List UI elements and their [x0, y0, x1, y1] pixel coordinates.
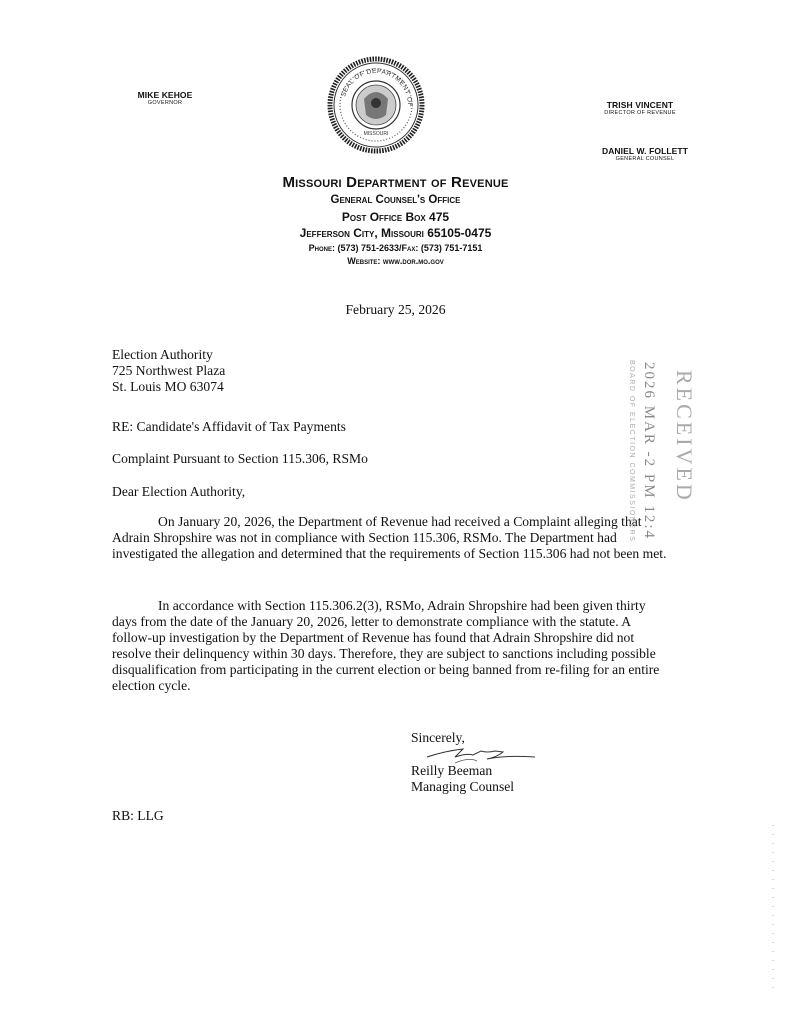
recipient-line-1: Election Authority	[112, 347, 225, 363]
recipient-line-2: 725 Northwest Plaza	[112, 363, 225, 379]
counsel-name: DANIEL W. FOLLETT	[590, 146, 700, 156]
paragraph-1: On January 20, 2026, the Department of R…	[112, 514, 672, 562]
received-stamp: RECEIVED 2026 MAR -2 PM 12:4 BOARD OF EL…	[585, 360, 715, 510]
recipient-address: Election Authority 725 Northwest Plaza S…	[112, 347, 225, 395]
organization-name: Missouri Department of Revenue	[0, 174, 791, 191]
counsel-title: GENERAL COUNSEL	[590, 156, 700, 162]
typist-initials: RB: LLG	[112, 808, 164, 824]
stamp-received-label: RECEIVED	[671, 370, 697, 503]
paragraph-2: In accordance with Section 115.306.2(3),…	[112, 598, 672, 694]
governor-title: GOVERNOR	[120, 100, 210, 106]
signature-icon	[425, 743, 565, 765]
signer-block: Reilly Beeman Managing Counsel	[411, 763, 514, 795]
state-seal-icon: SEAL OF DEPARTMENT OF REVENUE MISSOURI	[326, 55, 426, 155]
stamp-datetime: 2026 MAR -2 PM 12:4	[640, 362, 657, 540]
signer-title: Managing Counsel	[411, 779, 514, 795]
re-line: RE: Candidate's Affidavit of Tax Payment…	[112, 419, 346, 435]
governor-block: MIKE KEHOE GOVERNOR	[120, 90, 210, 106]
office-name: General Counsel's Office	[0, 194, 791, 206]
recipient-line-3: St. Louis MO 63074	[112, 379, 225, 395]
svg-text:MISSOURI: MISSOURI	[364, 131, 389, 137]
signer-name: Reilly Beeman	[411, 763, 514, 779]
stamp-office: BOARD OF ELECTION COMMISSIONERS	[628, 360, 635, 542]
scan-artifact	[772, 825, 774, 995]
letter-date: February 25, 2026	[0, 302, 791, 318]
address-line-2: Jefferson City, Missouri 65105-0475	[0, 226, 791, 240]
director-name: TRISH VINCENT	[585, 100, 695, 110]
salutation: Dear Election Authority,	[112, 484, 245, 500]
website-line: Website: www.dor.mo.gov	[0, 256, 791, 266]
director-block: TRISH VINCENT DIRECTOR OF REVENUE	[585, 100, 695, 116]
governor-name: MIKE KEHOE	[120, 90, 210, 100]
contact-line: Phone: (573) 751-2633/Fax: (573) 751-715…	[0, 243, 791, 253]
subject-line: Complaint Pursuant to Section 115.306, R…	[112, 451, 368, 467]
address-line-1: Post Office Box 475	[0, 210, 791, 224]
counsel-block: DANIEL W. FOLLETT GENERAL COUNSEL	[590, 146, 700, 162]
director-title: DIRECTOR OF REVENUE	[585, 110, 695, 116]
